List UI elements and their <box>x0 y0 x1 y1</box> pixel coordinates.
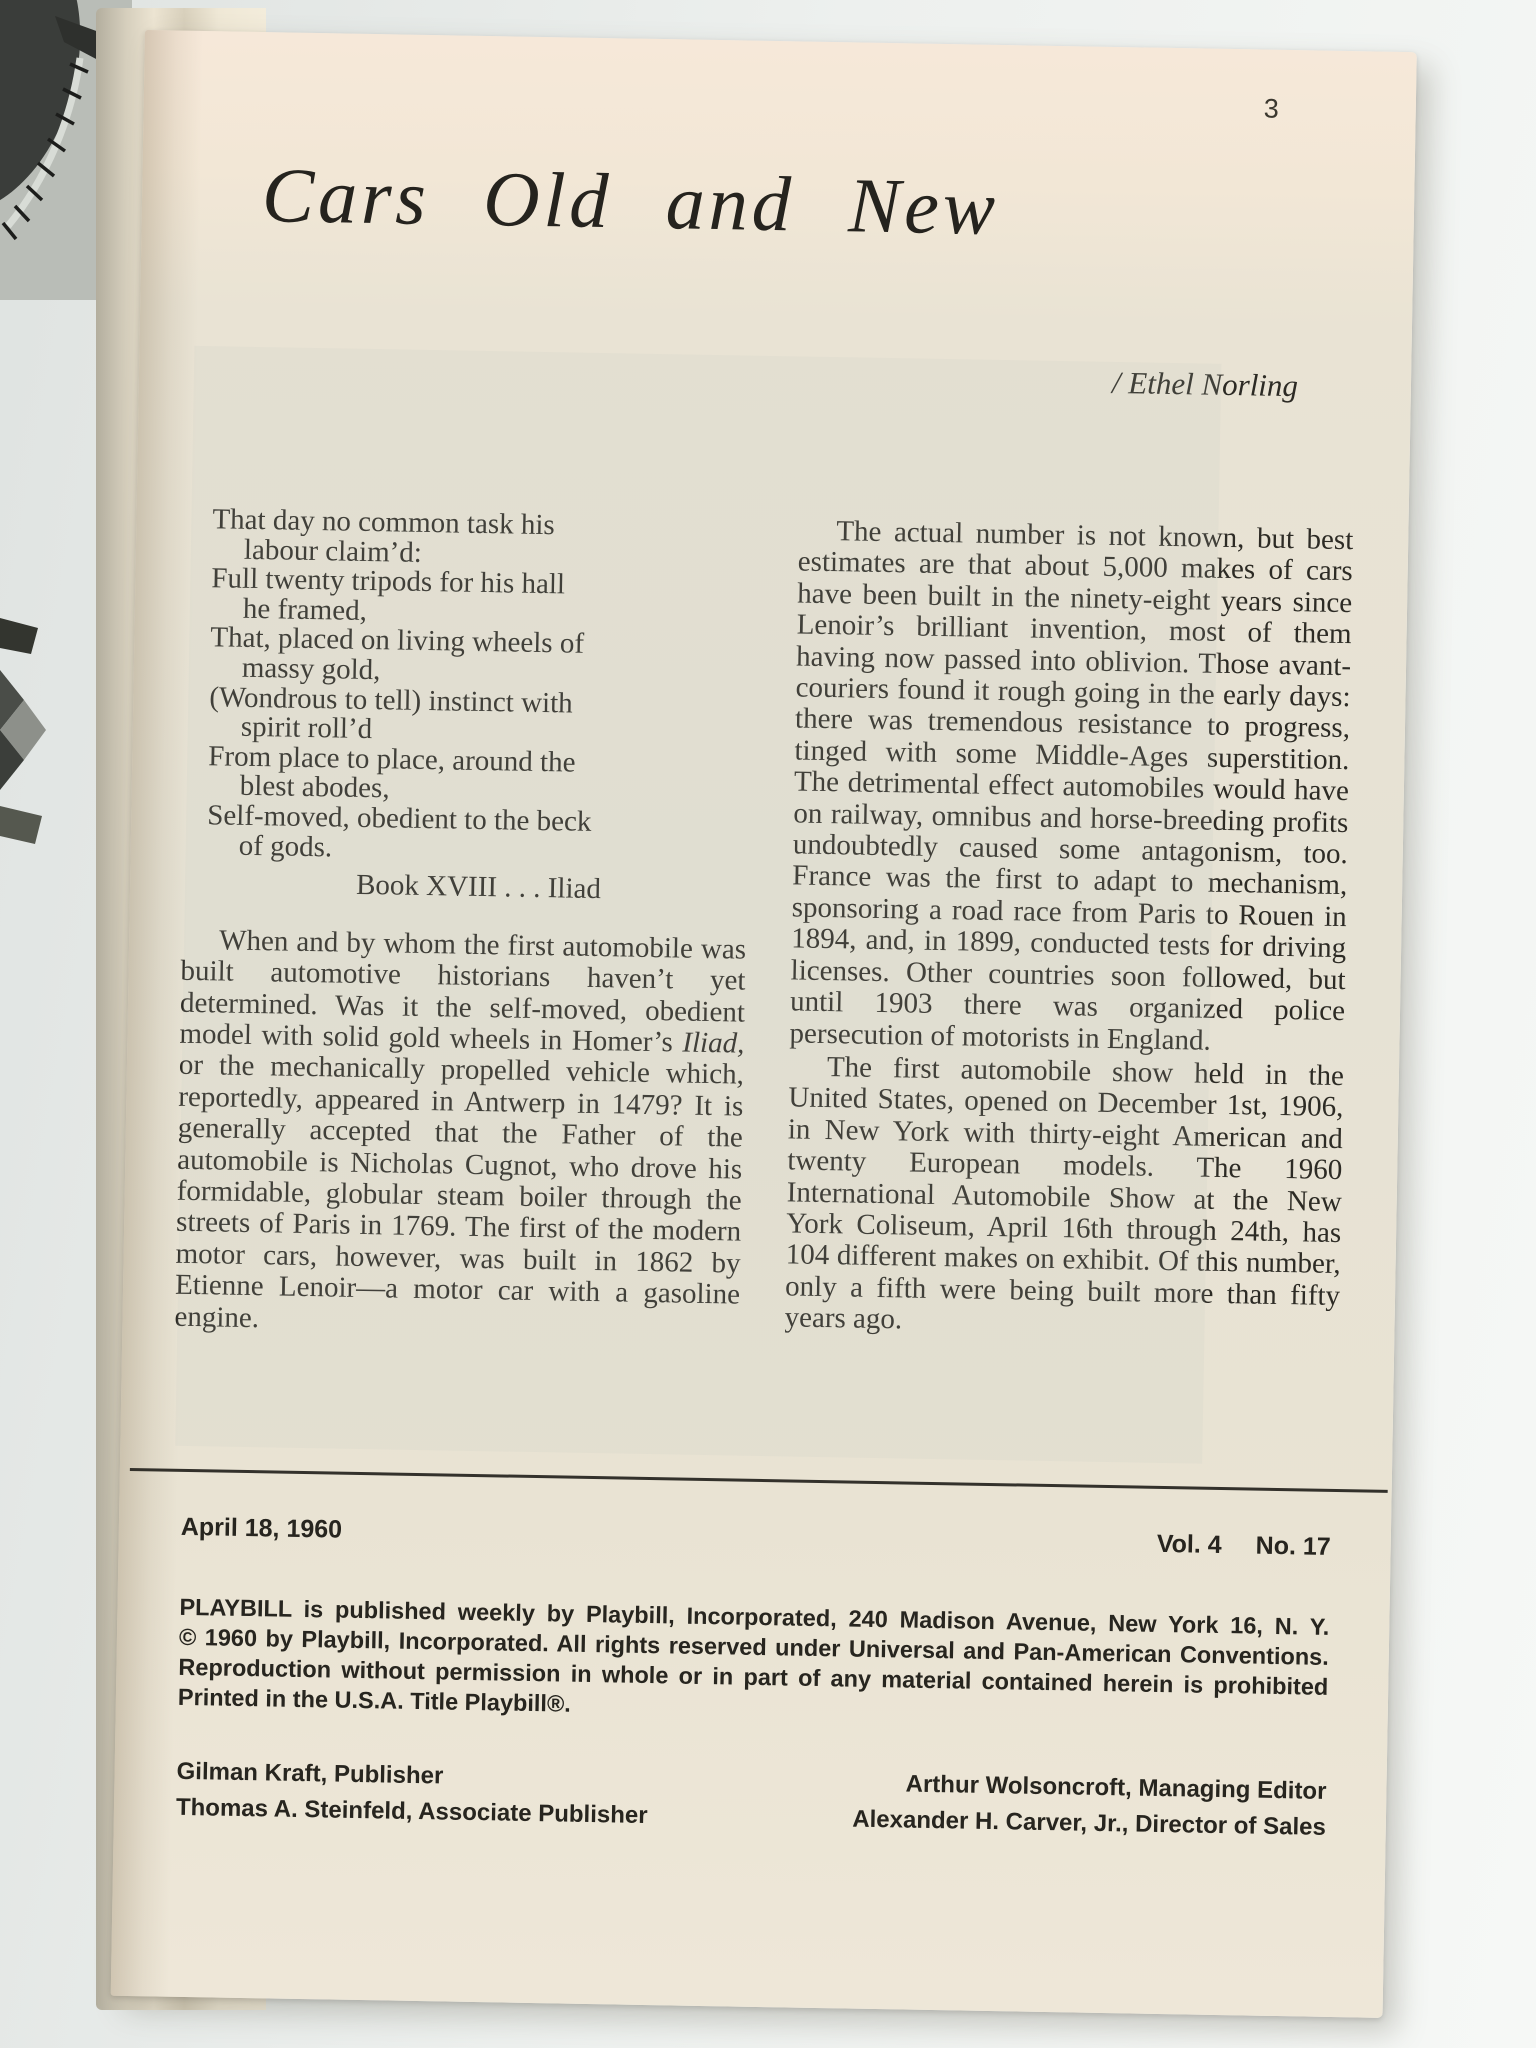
paragraph-text: When and by whom the first automobile wa… <box>179 924 746 1058</box>
paragraph-text: or the mechanically propelled vehicle wh… <box>174 1049 744 1334</box>
poem: That day no common task his labour claim… <box>182 505 754 908</box>
article-title: Cars Old and New <box>261 150 999 253</box>
volume-number: Vol. 4 <box>1157 1530 1222 1559</box>
date-volume-row: April 18, 1960 Vol. 4No. 17 <box>181 1513 1331 1562</box>
photo-backdrop: 3 Cars Old and New / Ethel Norling That … <box>0 0 1536 2048</box>
page-content: 3 Cars Old and New / Ethel Norling That … <box>163 31 1362 2017</box>
footer-divider-rule <box>130 1468 1388 1493</box>
article-columns: That day no common task his labour claim… <box>174 505 1353 1353</box>
volume-issue: Vol. 4No. 17 <box>1157 1530 1331 1562</box>
poem-attribution: Book XVIII . . . Iliad <box>206 868 747 907</box>
staff-block: Gilman Kraft, Publisher Thomas A. Steinf… <box>176 1754 1327 1846</box>
staff-left: Gilman Kraft, Publisher Thomas A. Steinf… <box>176 1754 649 1834</box>
issue-number: No. 17 <box>1255 1532 1331 1561</box>
magazine-page: 3 Cars Old and New / Ethel Norling That … <box>111 30 1417 2018</box>
article-byline: / Ethel Norling <box>1112 365 1299 404</box>
body-paragraph: The actual number is not known, but best… <box>789 515 1353 1059</box>
right-column: The actual number is not known, but best… <box>784 515 1353 1353</box>
left-column: That day no common task his labour claim… <box>174 505 753 1343</box>
italic-title-iliad: Iliad, <box>682 1026 745 1059</box>
adjacent-page-ad-fragment <box>0 618 100 868</box>
body-paragraph: The first automobile show held in the Un… <box>784 1051 1344 1343</box>
staff-line: Alexander H. Carver, Jr., Director of Sa… <box>852 1802 1326 1846</box>
issue-date: April 18, 1960 <box>181 1513 343 1545</box>
staff-line: Thomas A. Steinfeld, Associate Publisher <box>176 1790 648 1834</box>
body-paragraph: When and by whom the first automobile wa… <box>174 924 746 1342</box>
page-number: 3 <box>1263 94 1279 125</box>
imprint-block: PLAYBILL is published weekly by Playbill… <box>178 1592 1330 1732</box>
masthead-footer: April 18, 1960 Vol. 4No. 17 PLAYBILL is … <box>176 1513 1331 1846</box>
staff-right: Arthur Wolsoncroft, Managing Editor Alex… <box>852 1766 1327 1846</box>
